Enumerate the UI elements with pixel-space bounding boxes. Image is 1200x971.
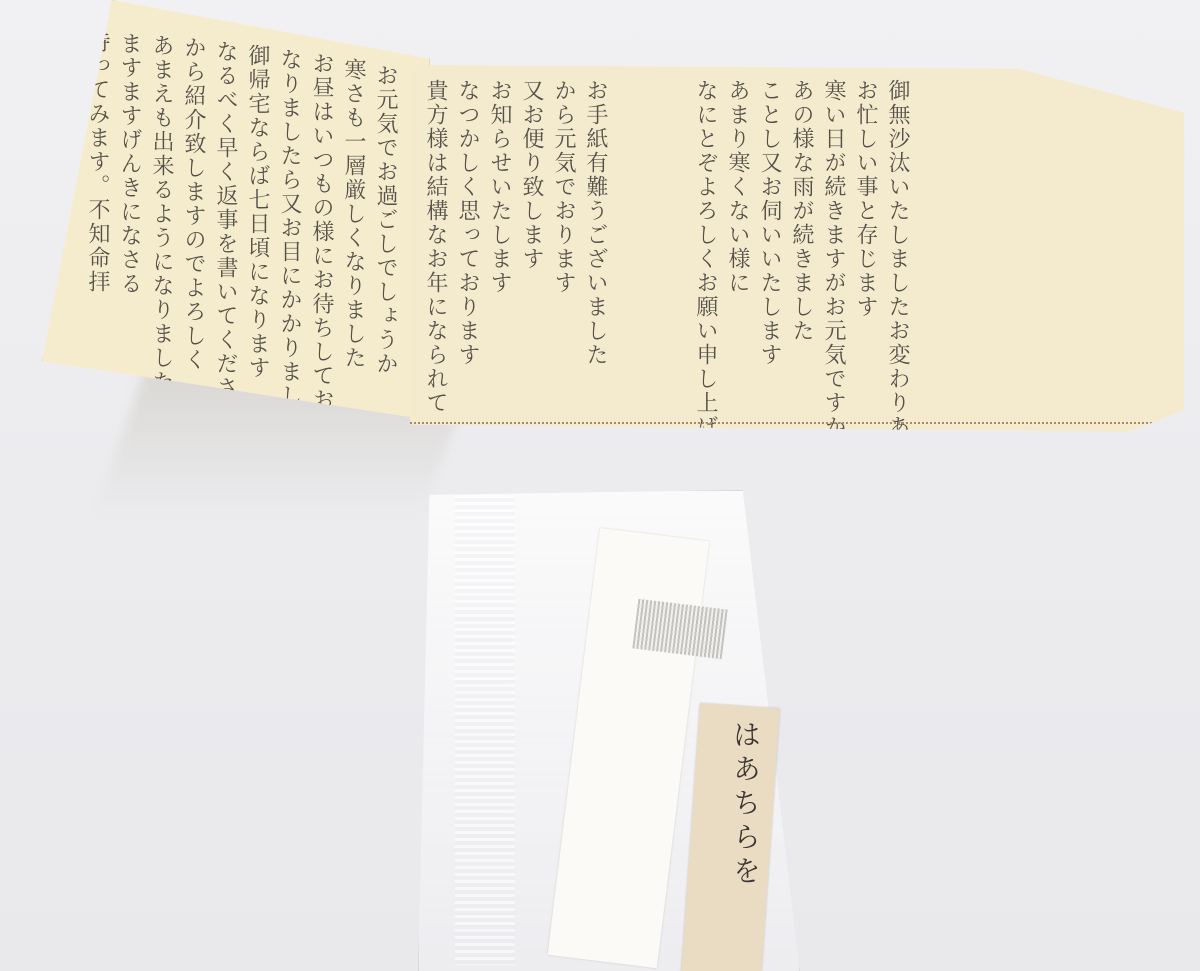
- sleeve-reflection: [455, 495, 515, 965]
- letter-column: お元気でお過ごしでしょうか: [370, 64, 400, 376]
- letter-column: なつかしく思っております: [452, 79, 482, 367]
- letter-column: あまり寒くない様に: [722, 79, 752, 295]
- letter-column: 寒さも一層厳しくなりました: [338, 58, 368, 370]
- letter-column: 寒い日が続きますがお元気ですか: [818, 79, 848, 439]
- letter-column: お忙しい事と存じます: [850, 79, 880, 319]
- handwritten-letter-right-page: 貴方様は結構なお年になられて なつかしく思っております お知らせいたします 又お…: [410, 65, 1200, 432]
- letter-column: ことし又お伺いいたします: [754, 79, 784, 367]
- letter-column: あまえも出来るようになりました: [146, 34, 176, 394]
- letter-column: なるべく早く返事を書いてください: [210, 40, 240, 424]
- letter-column: 御無沙汰いたしましたお変わりありませんか: [882, 79, 912, 559]
- letter-column: から元気でおります: [548, 79, 578, 295]
- letter-column: 貴方様は結構なお年になられて: [420, 79, 450, 415]
- letter-column: 御帰宅ならば七日頃になります: [242, 44, 272, 380]
- handwritten-letter-left-page: 待ってみます。不知命拝 ますますげんきになさる あまえも出来るようになりました …: [42, 0, 430, 420]
- letter-column: あの様な雨が続きました: [786, 79, 816, 343]
- letter-column: ますますげんきになさる: [114, 32, 144, 296]
- letter-column: から紹介致しますのでよろしく: [178, 36, 208, 372]
- letter-column: お手紙有難うございました: [580, 79, 610, 367]
- tan-strip-handwriting: はあちらを: [725, 720, 765, 890]
- printed-text-fragment: [632, 599, 727, 660]
- letter-column: なりましたら又お目にかかりましょう: [274, 48, 304, 456]
- letter-column: 又お便り致します: [516, 79, 546, 271]
- letter-column: 待ってみます。不知命拝: [82, 30, 112, 294]
- letter-column: なにとぞよろしくお願い申し上げます: [690, 79, 720, 487]
- letter-column: お知らせいたします: [484, 79, 514, 295]
